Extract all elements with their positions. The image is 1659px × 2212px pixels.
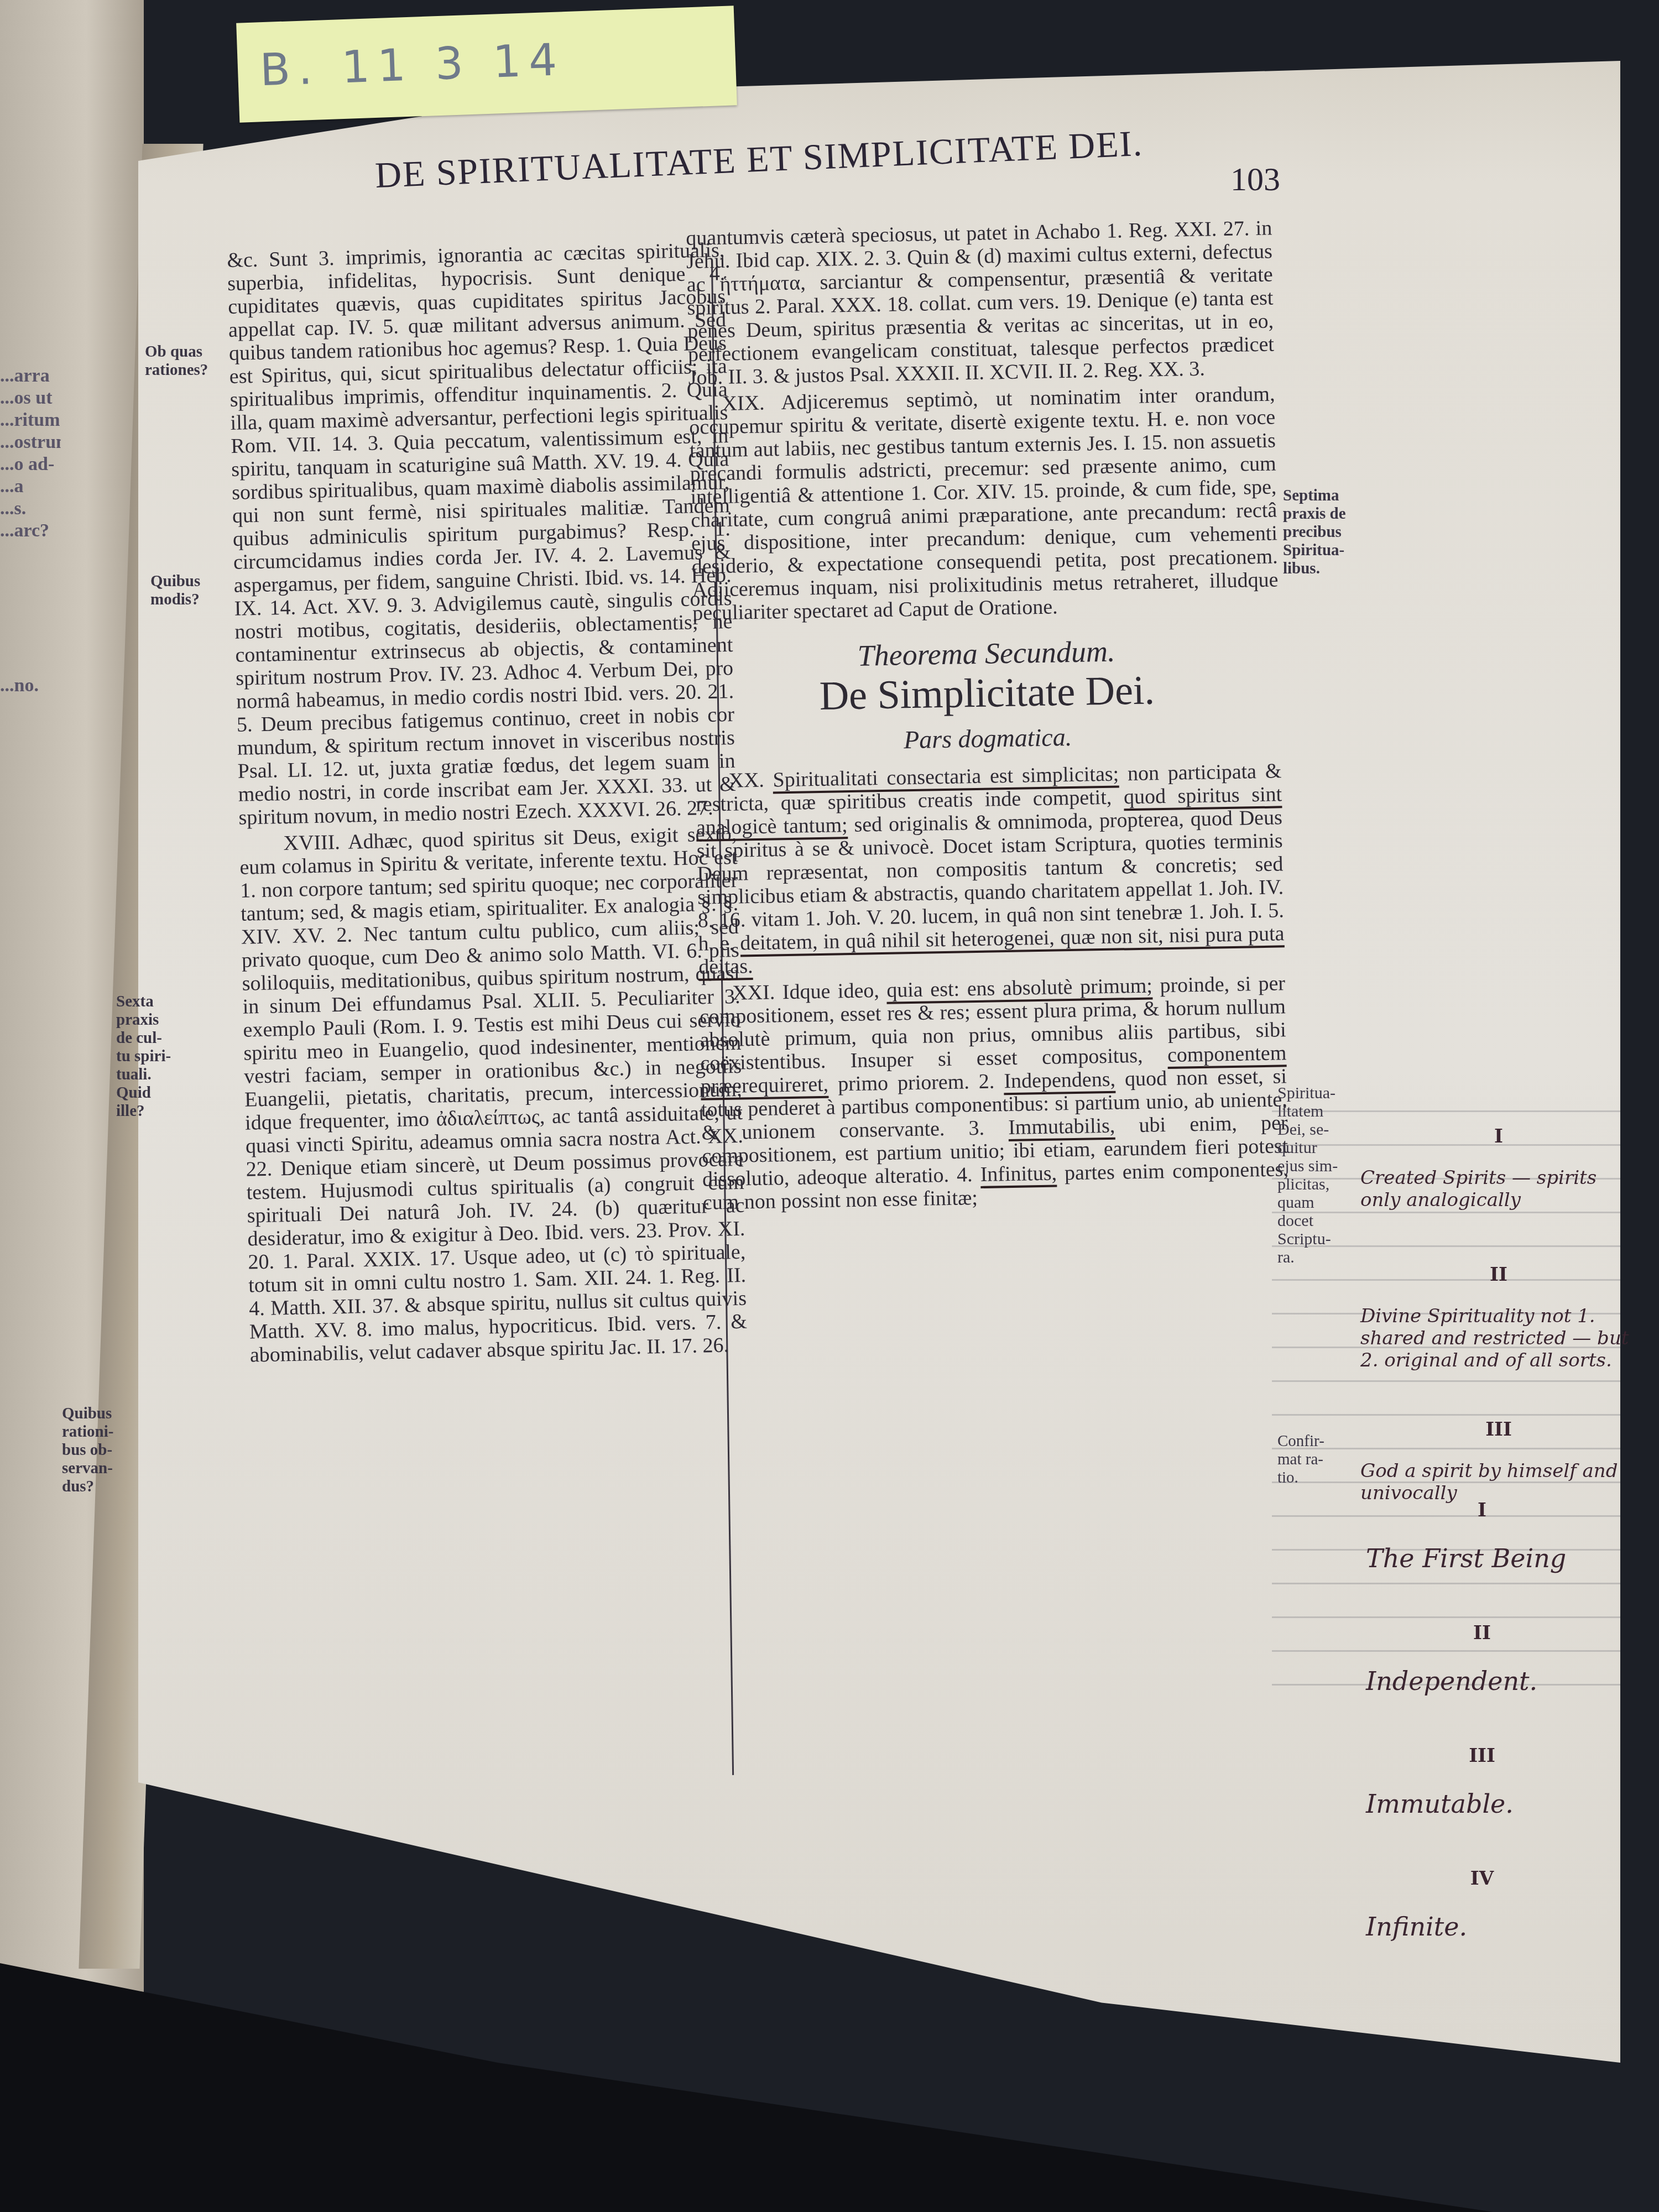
shelfmark-label: B. 11 3 14 [236,6,737,122]
handwritten-note-block-2: I The First Being II Independent. III Im… [1366,1449,1598,1966]
section-title: De Simplicitate Dei. [694,676,1281,709]
paragraph-xix: XIX. Adjiceremus septimò, ut nominatim i… [688,382,1279,624]
paragraph-continuation-right: quantumvis cæterà speciosus, ut patet in… [686,217,1275,389]
paragraph-continuation: &c. Sunt 3. imprimis, ignorantia ac cæci… [227,238,737,830]
paragraph-xx: XX. Spiritualitati consectaria est simpl… [695,759,1285,978]
margin-note-quibus-modis: Quibus modis? [150,572,200,609]
handwritten-item: III Immutable. [1366,1721,1598,1817]
underlined-passage: deitatem, in quâ nihil sit heterogenei, … [698,922,1285,980]
left-page-text-fragment-top: ...arra ...os ut ...ritum ...ostrum ...o… [0,365,61,542]
handwritten-item: I Created Spirits — spirits only analogi… [1360,1106,1637,1211]
right-column: quantumvis cæterà speciosus, ut patet in… [686,217,1289,1218]
margin-note-septima-praxis: Septima praxis de precibus Spiritua- lib… [1283,487,1346,578]
page-number: 103 [1230,160,1280,199]
margin-note-ob-quas-rationes: Ob quas rationes? [145,343,208,379]
shelfmark-text: B. 11 3 14 [259,34,566,96]
paragraph-xxi: XXI. Idque ideo, quia est: ens absolutè … [699,972,1289,1214]
left-page-text-fragment-bottom: ...no. [0,675,61,697]
handwritten-item: II Independent. [1366,1598,1598,1694]
handwritten-item: I The First Being [1366,1475,1598,1572]
underlined-passage: Infinitus, [980,1162,1057,1188]
paragraph-xviii: XVIII. Adhæc, quod spiritus sit Deus, ex… [239,822,748,1367]
handwritten-item: IV Infinite. [1366,1844,1598,1940]
left-column: &c. Sunt 3. imprimis, ignorantia ac cæci… [227,238,748,1370]
handwritten-item: II Divine Spirituality not 1. shared and… [1360,1244,1637,1371]
theorem-heading: Theorema Secundum. [693,637,1280,670]
part-heading: Pars dogmatica. [695,722,1281,755]
margin-note-quibus-rationibus: Quibus rationi- bus ob- servan- dus? [62,1405,113,1496]
margin-note-sexta-praxis: Sexta praxis de cul- tu spiri- tuali. Qu… [116,993,171,1120]
